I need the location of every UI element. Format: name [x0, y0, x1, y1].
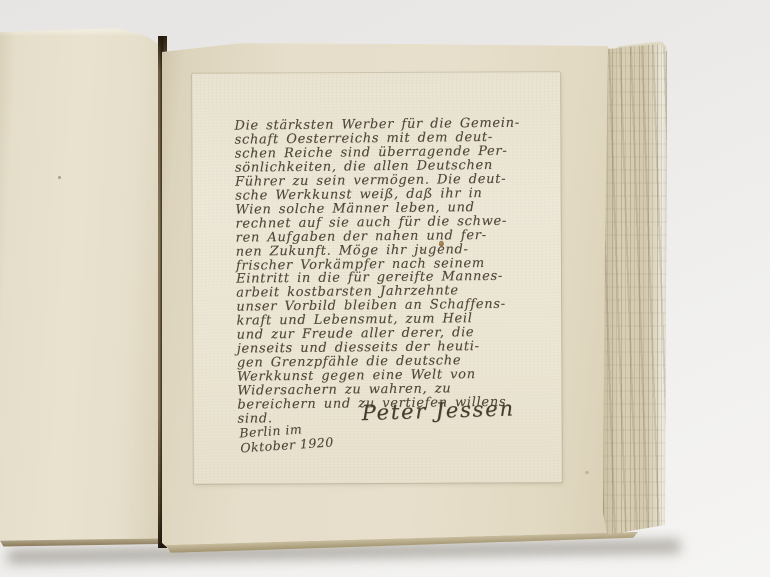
age-fleck — [58, 176, 61, 179]
left-page — [0, 28, 170, 550]
age-fleck — [439, 241, 444, 247]
handwritten-text-block: Die stärksten Werber für die Gemein- sch… — [234, 116, 551, 426]
photo-open-book: Die stärksten Werber für die Gemein- sch… — [0, 0, 770, 577]
pasted-note-sheet: Die stärksten Werber für die Gemein- sch… — [192, 72, 562, 484]
deckled-fore-edge — [603, 44, 667, 535]
age-fleck — [422, 249, 424, 251]
age-fleck — [585, 471, 589, 474]
signature: Peter Jessen — [361, 396, 515, 425]
place-and-date: Berlin im Oktober 1920 — [239, 419, 334, 455]
